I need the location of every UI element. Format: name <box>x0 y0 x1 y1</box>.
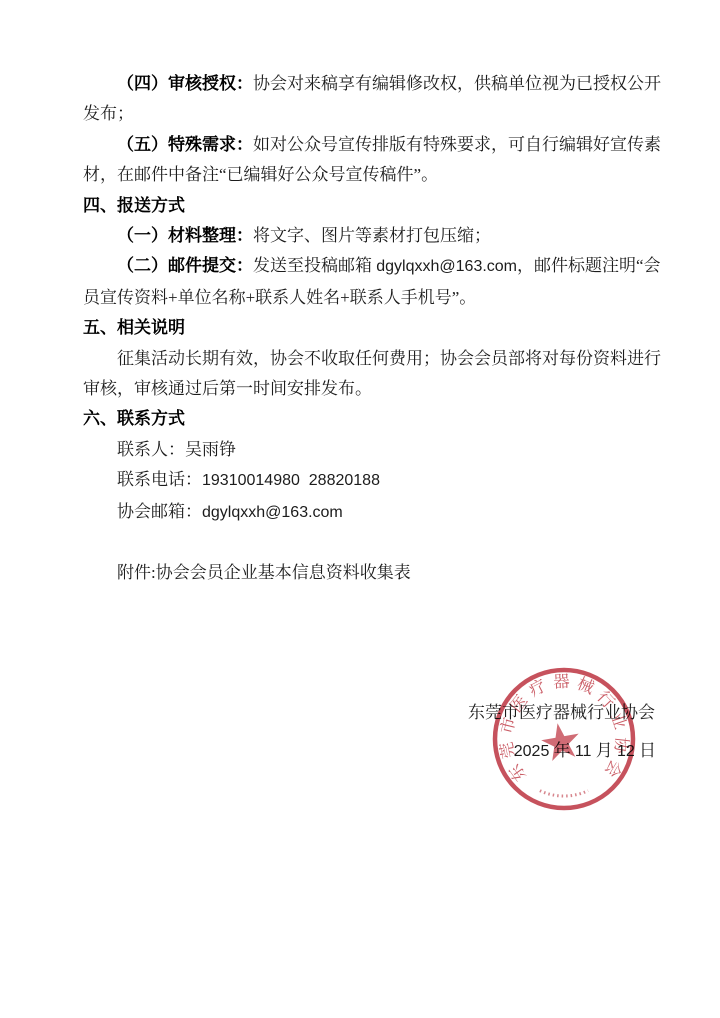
section-5-text-line-2: 审核，审核通过后第一时间安排发布。 <box>83 374 663 404</box>
contact-phone-line: 联系电话：19310014980 28820188 <box>83 465 663 496</box>
seal-ring <box>495 670 633 808</box>
svg-text:东莞市医疗器械行业协会: 东莞市医疗器械行业协会 <box>497 672 632 785</box>
signature-month: 11 <box>575 743 592 760</box>
contact-phone-numbers: 19310014980 28820188 <box>202 472 380 489</box>
blank-line <box>83 528 663 558</box>
section-4-heading: 四、报送方式 <box>83 191 663 221</box>
clause-5-text: 如对公众号宣传排版有特殊要求，可自行编辑好宣传素 <box>253 135 661 154</box>
seal-arc-text: 东莞市医疗器械行业协会 <box>497 672 632 785</box>
signature-day: 12 <box>617 743 635 760</box>
section-4-item-1-line: （一）材料整理：将文字、图片等素材打包压缩； <box>83 221 663 251</box>
official-seal-stamp: 东莞市医疗器械行业协会 <box>484 659 644 819</box>
signature-date: 2025 年 11 月 12 日 <box>514 740 656 763</box>
document-page: （四）审核授权：协会对来稿享有编辑修改权，供稿单位视为已授权公开 发布； （五）… <box>0 0 720 1018</box>
item-4-1-label: （一）材料整理： <box>117 226 253 245</box>
seal-bottom-serial-marks <box>540 791 588 796</box>
clause-4-label: （四）审核授权： <box>117 74 253 93</box>
clause-5-special-line-1: （五）特殊需求：如对公众号宣传排版有特殊要求，可自行编辑好宣传素 <box>83 130 663 160</box>
contact-email: dgylqxxh@163.com <box>202 504 343 521</box>
item-4-1-text: 将文字、图片等素材打包压缩； <box>253 226 491 245</box>
clause-4-review-line-1: （四）审核授权：协会对来稿享有编辑修改权，供稿单位视为已授权公开 <box>83 69 663 99</box>
clause-5-special-line-2: 材，在邮件中备注“已编辑好公众号宣传稿件”。 <box>83 160 663 190</box>
contact-person-line: 联系人：吴雨铮 <box>83 435 663 465</box>
attachment-line: 附件:协会会员企业基本信息资料收集表 <box>83 558 663 588</box>
item-4-2-label: （二）邮件提交： <box>117 256 253 275</box>
section-4-item-2-line-1: （二）邮件提交：发送至投稿邮箱 dgylqxxh@163.com，邮件标题注明“… <box>83 251 663 282</box>
document-body: （四）审核授权：协会对来稿享有编辑修改权，供稿单位视为已授权公开 发布； （五）… <box>83 69 663 589</box>
submission-email: dgylqxxh@163.com <box>376 258 517 275</box>
section-5-text-line-1: 征集活动长期有效，协会不收取任何费用；协会会员部将对每份资料进行 <box>83 344 663 374</box>
clause-4-review-line-2: 发布； <box>83 99 663 129</box>
signature-organization: 东莞市医疗器械行业协会 <box>468 702 655 724</box>
clause-4-text: 协会对来稿享有编辑修改权，供稿单位视为已授权公开 <box>253 74 661 93</box>
contact-email-line: 协会邮箱：dgylqxxh@163.com <box>83 497 663 528</box>
section-4-item-2-line-2: 员宣传资料+单位名称+联系人姓名+联系人手机号”。 <box>83 283 663 313</box>
signature-year: 2025 <box>514 743 550 760</box>
clause-5-label: （五）特殊需求： <box>117 135 253 154</box>
section-5-heading: 五、相关说明 <box>83 313 663 343</box>
section-6-heading: 六、联系方式 <box>83 404 663 434</box>
